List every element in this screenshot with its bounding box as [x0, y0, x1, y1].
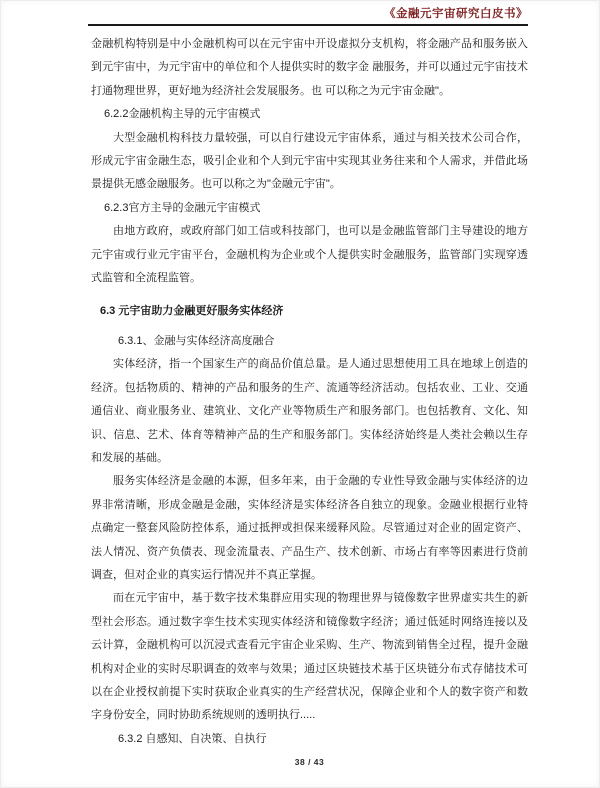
paragraph: 实体经济，指一个国家生产的商品价值总量。是人通过思想使用工具在地球上创造的经济。…: [91, 353, 528, 470]
paragraph: 由地方政府，或政府部门如工信或科技部门，也可以是金融监管部门主导建设的地方元宇宙…: [91, 220, 528, 290]
paragraph: 金融机构特别是中小金融机构可以在元宇宙中开设虚拟分支机构，将金融产品和服务嵌入到…: [91, 33, 528, 103]
document-body: 金融机构特别是中小金融机构可以在元宇宙中开设虚拟分支机构，将金融产品和服务嵌入到…: [91, 33, 528, 751]
section-heading-6-2-2: 6.2.2金融机构主导的元宇宙模式: [91, 103, 528, 126]
paragraph: 大型金融机构科技力量较强，可以自行建设元宇宙体系，通过与相关技术公司合作，形成元…: [91, 127, 528, 197]
page-number: 38 / 43: [91, 757, 528, 767]
paragraph: 而在元宇宙中，基于数字技术集群应用实现的物理世界与镜像数字世界虚实共生的新型社会…: [91, 587, 528, 727]
chapter-heading-6-3: 6.3 元宇宙助力金融更好服务实体经济: [91, 300, 528, 323]
running-header-title: 《金融元宇宙研究白皮书》: [384, 5, 528, 21]
header-rule: [88, 24, 528, 26]
paragraph: 服务实体经济是金融的本源，但多年来，由于金融的专业性导致金融与实体经济的边界非常…: [91, 470, 528, 587]
subsection-heading-6-3-2: 6.3.2 自感知、自决策、自执行: [91, 728, 528, 751]
document-page: 《金融元宇宙研究白皮书》 金融机构特别是中小金融机构可以在元宇宙中开设虚拟分支机…: [0, 0, 600, 788]
section-heading-6-2-3: 6.2.3官方主导的金融元宇宙模式: [91, 197, 528, 220]
subsection-heading-6-3-1: 6.3.1、金融与实体经济高度融合: [91, 330, 528, 353]
